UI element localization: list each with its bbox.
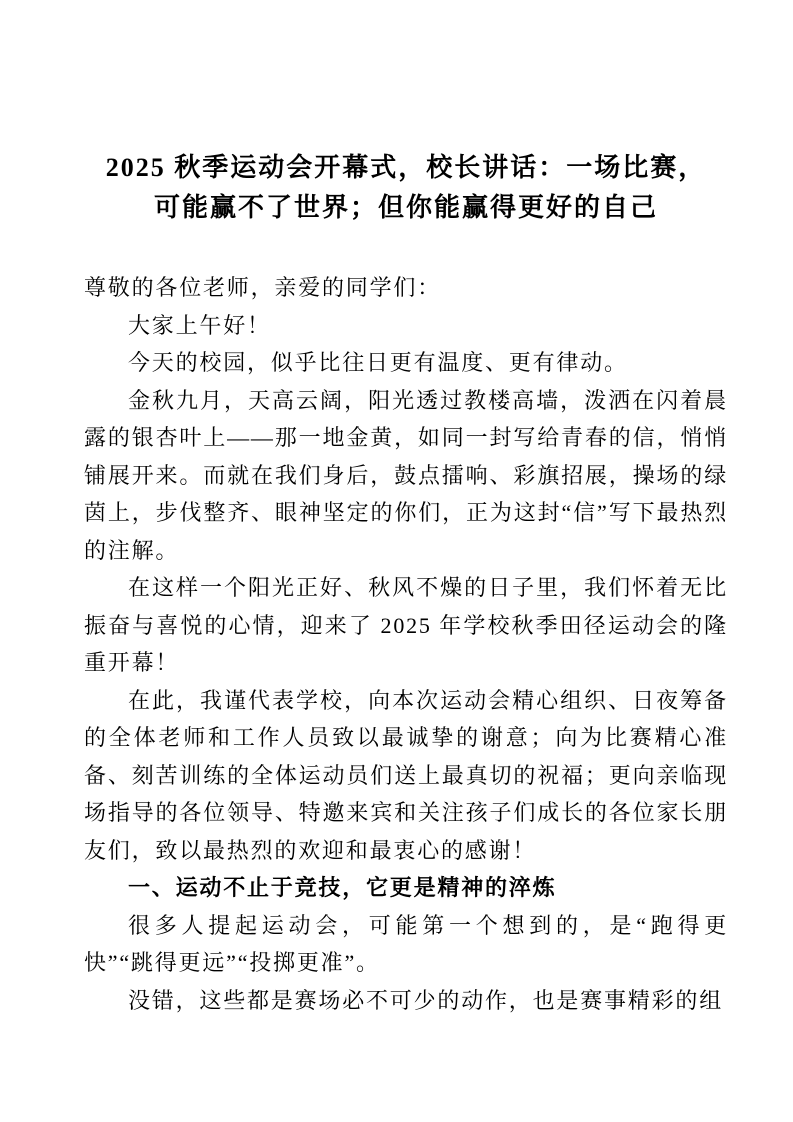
paragraph-sports-impression: 很多人提起运动会，可能第一个想到的，是“跑得更快”“跳得更远”“投掷更准”。 — [84, 907, 728, 982]
paragraph-autumn-scene: 金秋九月，天高云阔，阳光透过教楼高墙，泼洒在闪着晨露的银杏叶上——那一地金黄，如… — [84, 382, 728, 570]
paragraph-campus-intro: 今天的校园，似乎比往日更有温度、更有律动。 — [84, 344, 728, 382]
paragraph-greeting: 大家上午好！ — [84, 307, 728, 345]
paragraph-salutation: 尊敬的各位老师，亲爱的同学们： — [84, 269, 728, 307]
section-heading-1: 一、运动不止于竞技，它更是精神的淬炼 — [84, 869, 728, 907]
paragraph-thanks: 在此，我谨代表学校，向本次运动会精心组织、日夜筹备的全体老师和工作人员致以最诚挚… — [84, 682, 728, 870]
document-body: 尊敬的各位老师，亲爱的同学们： 大家上午好！ 今天的校园，似乎比往日更有温度、更… — [84, 269, 728, 1019]
document-title: 2025 秋季运动会开幕式，校长讲话：一场比赛， 可能赢不了世界；但你能赢得更好… — [84, 148, 728, 228]
paragraph-truncated-last: 没错，这些都是赛场必不可少的动作，也是赛事精彩的组 — [84, 982, 728, 1020]
paragraph-opening-announcement: 在这样一个阳光正好、秋风不燥的日子里，我们怀着无比振奋与喜悦的心情，迎来了 20… — [84, 569, 728, 682]
document-title-line-2: 可能赢不了世界；但你能赢得更好的自己 — [84, 188, 728, 228]
document-page: 2025 秋季运动会开幕式，校长讲话：一场比赛， 可能赢不了世界；但你能赢得更好… — [0, 0, 793, 1122]
document-title-line-1: 2025 秋季运动会开幕式，校长讲话：一场比赛， — [84, 148, 728, 188]
